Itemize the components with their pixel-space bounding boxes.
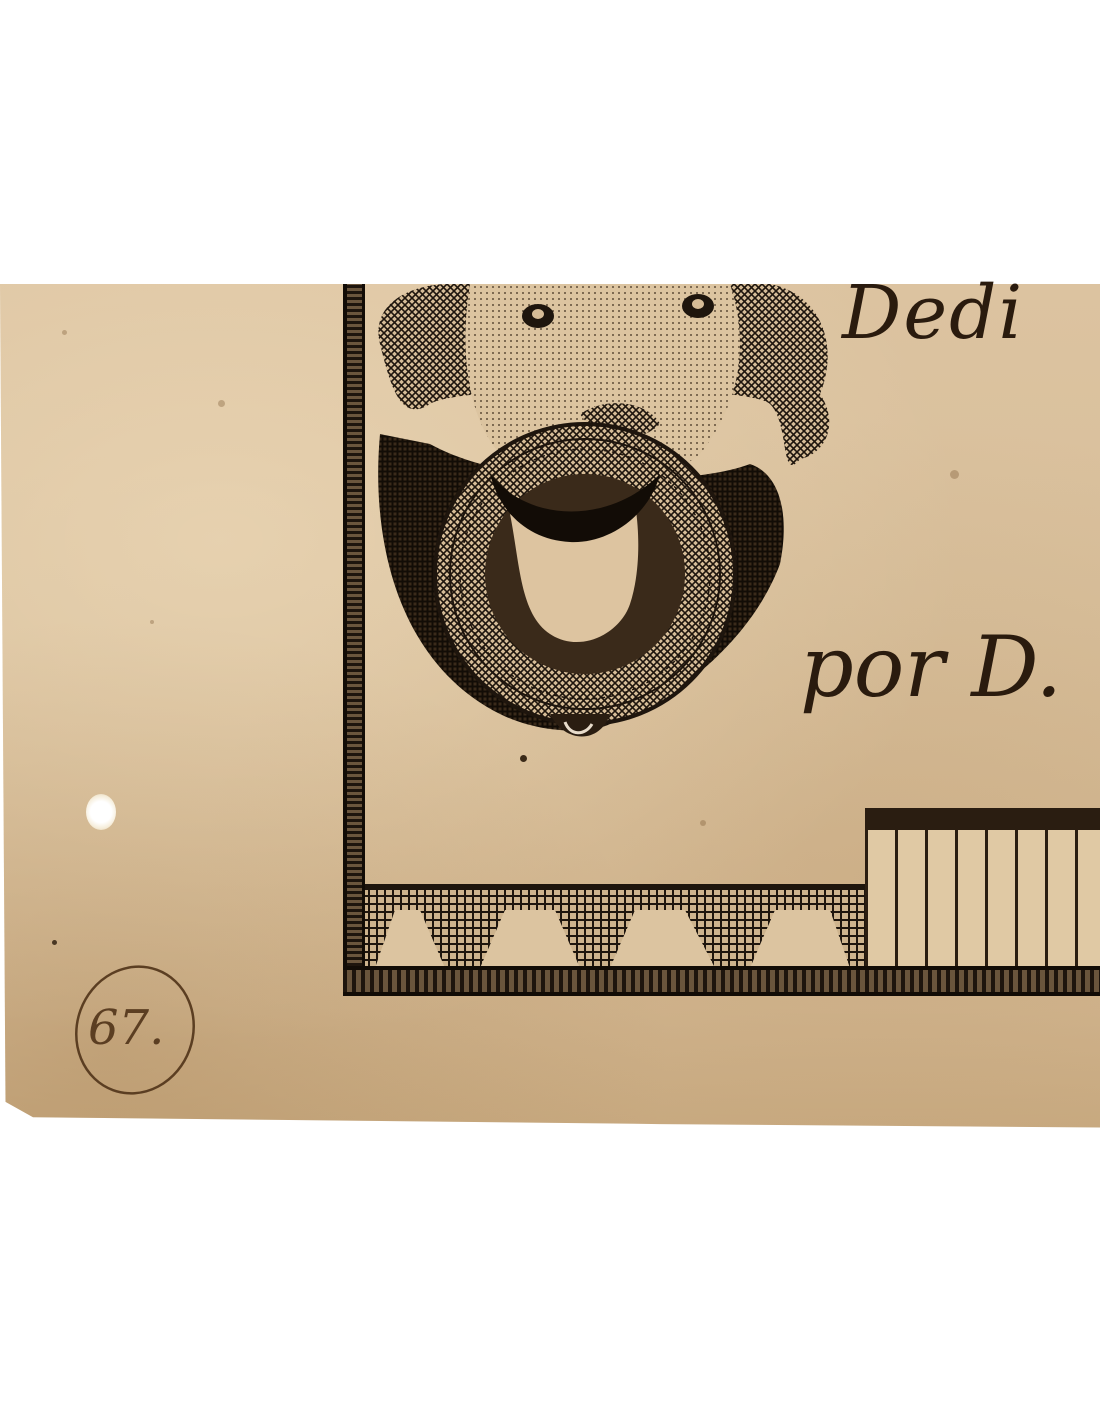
frame-bottom-border xyxy=(343,966,1100,996)
inscription-por: por D. xyxy=(800,618,1062,716)
lion-knocker-engraving xyxy=(370,284,840,744)
frame-left-border xyxy=(343,284,365,996)
triangular-frieze xyxy=(365,884,865,968)
inscription-dedi: Dedi xyxy=(842,270,1024,356)
paper-hole xyxy=(86,794,116,830)
ink-dot xyxy=(520,755,527,762)
paper-speck xyxy=(150,620,154,624)
paper-speck xyxy=(950,470,959,479)
fluted-pillar xyxy=(865,808,1100,968)
paper-speck xyxy=(218,400,225,407)
paper-speck xyxy=(52,940,57,945)
paper-speck xyxy=(700,820,706,826)
paper-speck xyxy=(62,330,67,335)
catalog-number: 67. xyxy=(88,1000,164,1056)
